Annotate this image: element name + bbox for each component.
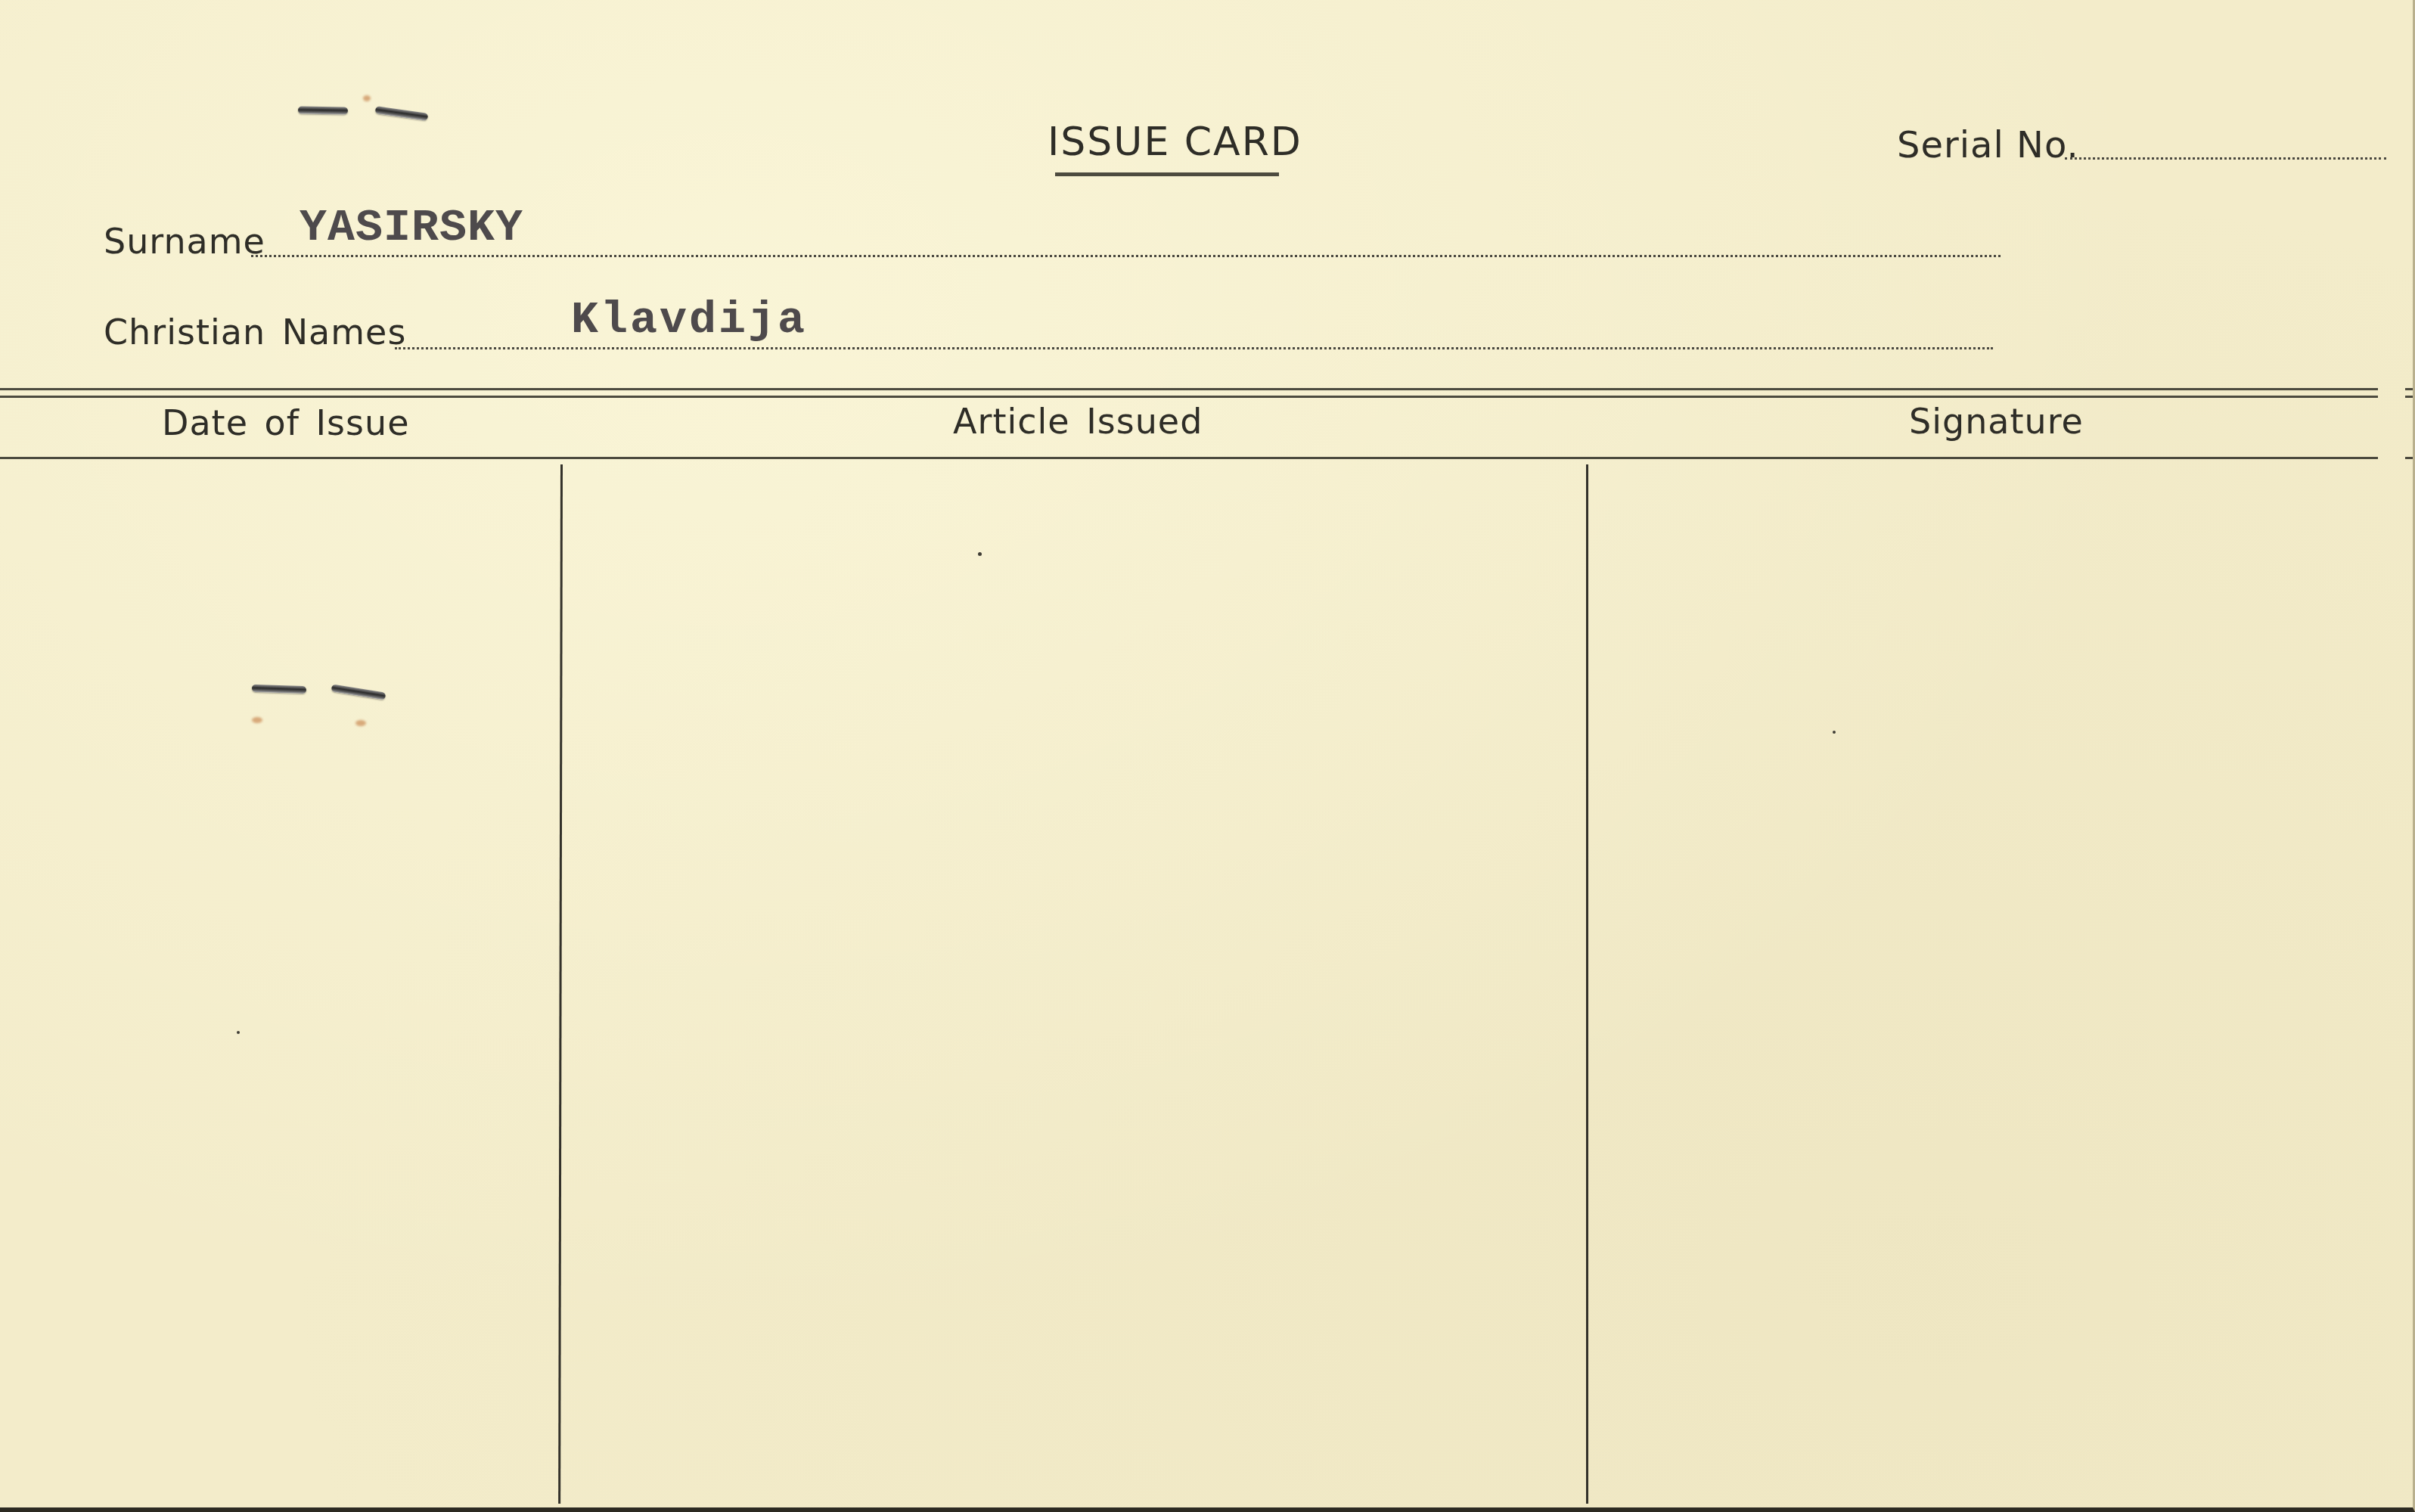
serial-label: Serial No. [1897,124,2079,166]
column-divider-2 [1586,464,1588,1504]
title-underline [1055,172,1279,176]
header-bottom-rule [0,457,2378,459]
christian-names-value: Klavdija [571,295,807,346]
staple-icon [375,106,429,121]
edge-tick [2405,388,2413,390]
christian-names-dotted-line [395,347,1993,349]
edge-tick [2405,457,2413,459]
column-header-date-of-issue: Date of Issue [162,402,409,443]
serial-dotted-line [2065,157,2386,160]
header-top-rule-2 [0,396,2378,398]
column-header-article-issued: Article Issued [953,401,1203,442]
date-of-issue-column[interactable] [0,463,560,1505]
surname-value: YASIRSKY [300,203,523,254]
christian-names-field[interactable]: Klavdija [395,293,1993,354]
rust-stain [363,95,371,101]
issue-card: ISSUE CARD Serial No. Surname YASIRSKY C… [0,0,2415,1512]
surname-field[interactable]: YASIRSKY [251,203,2001,263]
article-issued-column[interactable] [563,463,1585,1505]
staple-icon [298,106,348,114]
edge-tick [2405,396,2413,398]
signature-column[interactable] [1589,463,2378,1505]
header-top-rule [0,388,2378,390]
surname-label: Surname [104,221,265,262]
surname-dotted-line [251,255,2001,257]
column-header-signature: Signature [1909,401,2084,442]
christian-names-label: Christian Names [104,312,406,352]
card-title: ISSUE CARD [1048,120,1302,165]
